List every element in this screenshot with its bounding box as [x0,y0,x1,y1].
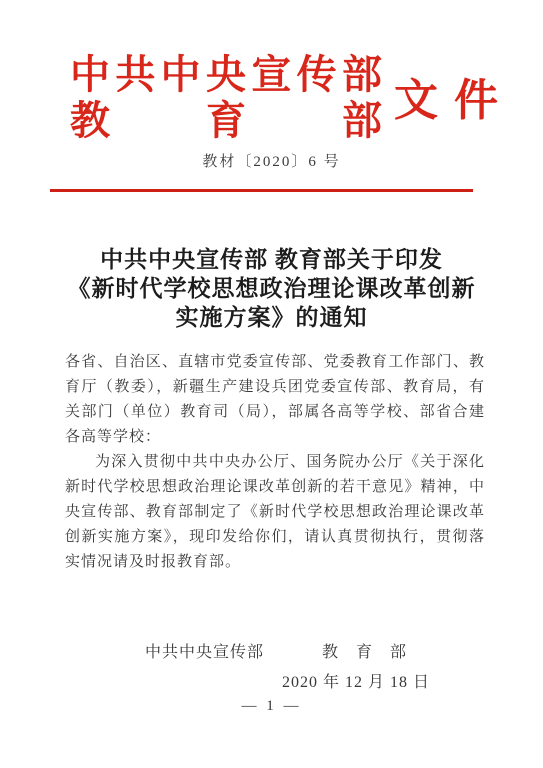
signature-right-org: 教 育 部 [322,639,407,662]
signature-left-org: 中共中央宣传部 [145,639,264,662]
document-title: 中共中央宣传部 教育部关于印发 《新时代学校思想政治理论课改革创新 实施方案》的… [0,245,543,332]
letterhead: 中共中央宣传部 教育部 文件 [70,52,498,144]
red-separator-line [50,189,473,192]
document-body: 各省、自治区、直辖市党委宣传部、党委教育工作部门、教育厅（教委），新疆生产建设兵… [65,350,485,575]
issuing-orgs-block: 中共中央宣传部 教育部 [70,52,382,144]
signature-date-row: 2020 年 12 月 18 日 [65,669,485,692]
org-name-line-1: 中共中央宣传部 [70,52,382,98]
signature-row: 中共中央宣传部 教 育 部 [65,639,485,662]
document-title-line-3: 实施方案》的通知 [0,303,543,332]
document-title-line-2: 《新时代学校思想政治理论课改革创新 [0,274,543,303]
document-title-line-1: 中共中央宣传部 教育部关于印发 [0,245,543,274]
page-footer: — 1 — [0,698,543,715]
signature-date: 2020 年 12 月 18 日 [282,674,430,691]
document-type-label: 文件 [394,78,498,124]
document-number: 教材〔2020〕6 号 [0,150,543,171]
body-paragraph: 为深入贯彻中共中央办公厅、国务院办公厅《关于深化新时代学校思想政治理论课改革创新… [65,450,485,575]
document-page: 中共中央宣传部 教育部 文件 教材〔2020〕6 号 中共中央宣传部 教育部关于… [0,0,543,768]
page-number: — 1 — [242,698,302,714]
org-name-line-2: 教育部 [70,98,382,144]
recipients-paragraph: 各省、自治区、直辖市党委宣传部、党委教育工作部门、教育厅（教委），新疆生产建设兵… [65,350,485,450]
